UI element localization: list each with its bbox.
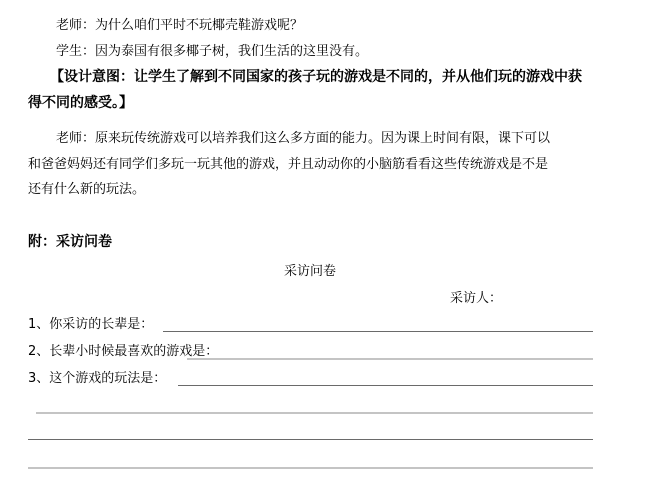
blank-answer-line-3[interactable]: [28, 467, 593, 469]
question-1-label: 1、你采访的长辈是：: [28, 317, 153, 333]
dialogue-teacher-question: 老师：为什么咱们平时不玩椰壳鞋游戏呢？: [56, 18, 303, 34]
question-2-answer-line[interactable]: [187, 358, 593, 360]
questionnaire-title: 采访问卷: [284, 264, 336, 280]
appendix-heading: 附：采访问卷: [28, 234, 112, 250]
dialogue-student-answer: 学生：因为泰国有很多椰子树，我们生活的这里没有。: [56, 44, 368, 60]
design-intent-line1: 【设计意图：让学生了解到不同国家的孩子玩的游戏是不同的，并从他们玩的游戏中获: [50, 69, 582, 85]
question-3-label: 3、这个游戏的玩法是：: [28, 371, 166, 387]
blank-answer-line-2[interactable]: [28, 439, 593, 440]
teacher-closing-line3: 还有什么新的玩法。: [28, 182, 145, 198]
teacher-closing-line1: 老师：原来玩传统游戏可以培养我们这么多方面的能力。因为课上时间有限，课下可以: [56, 131, 550, 147]
interviewer-label: 采访人：: [450, 291, 502, 307]
design-intent-line2: 得不同的感受。】: [28, 95, 133, 111]
question-1-answer-line[interactable]: [163, 331, 593, 332]
question-3-answer-line[interactable]: [178, 385, 593, 386]
teacher-closing-line2: 和爸爸妈妈还有同学们多玩一玩其他的游戏，并且动动你的小脑筋看看这些传统游戏是不是: [28, 157, 548, 173]
blank-answer-line-1[interactable]: [36, 412, 593, 414]
